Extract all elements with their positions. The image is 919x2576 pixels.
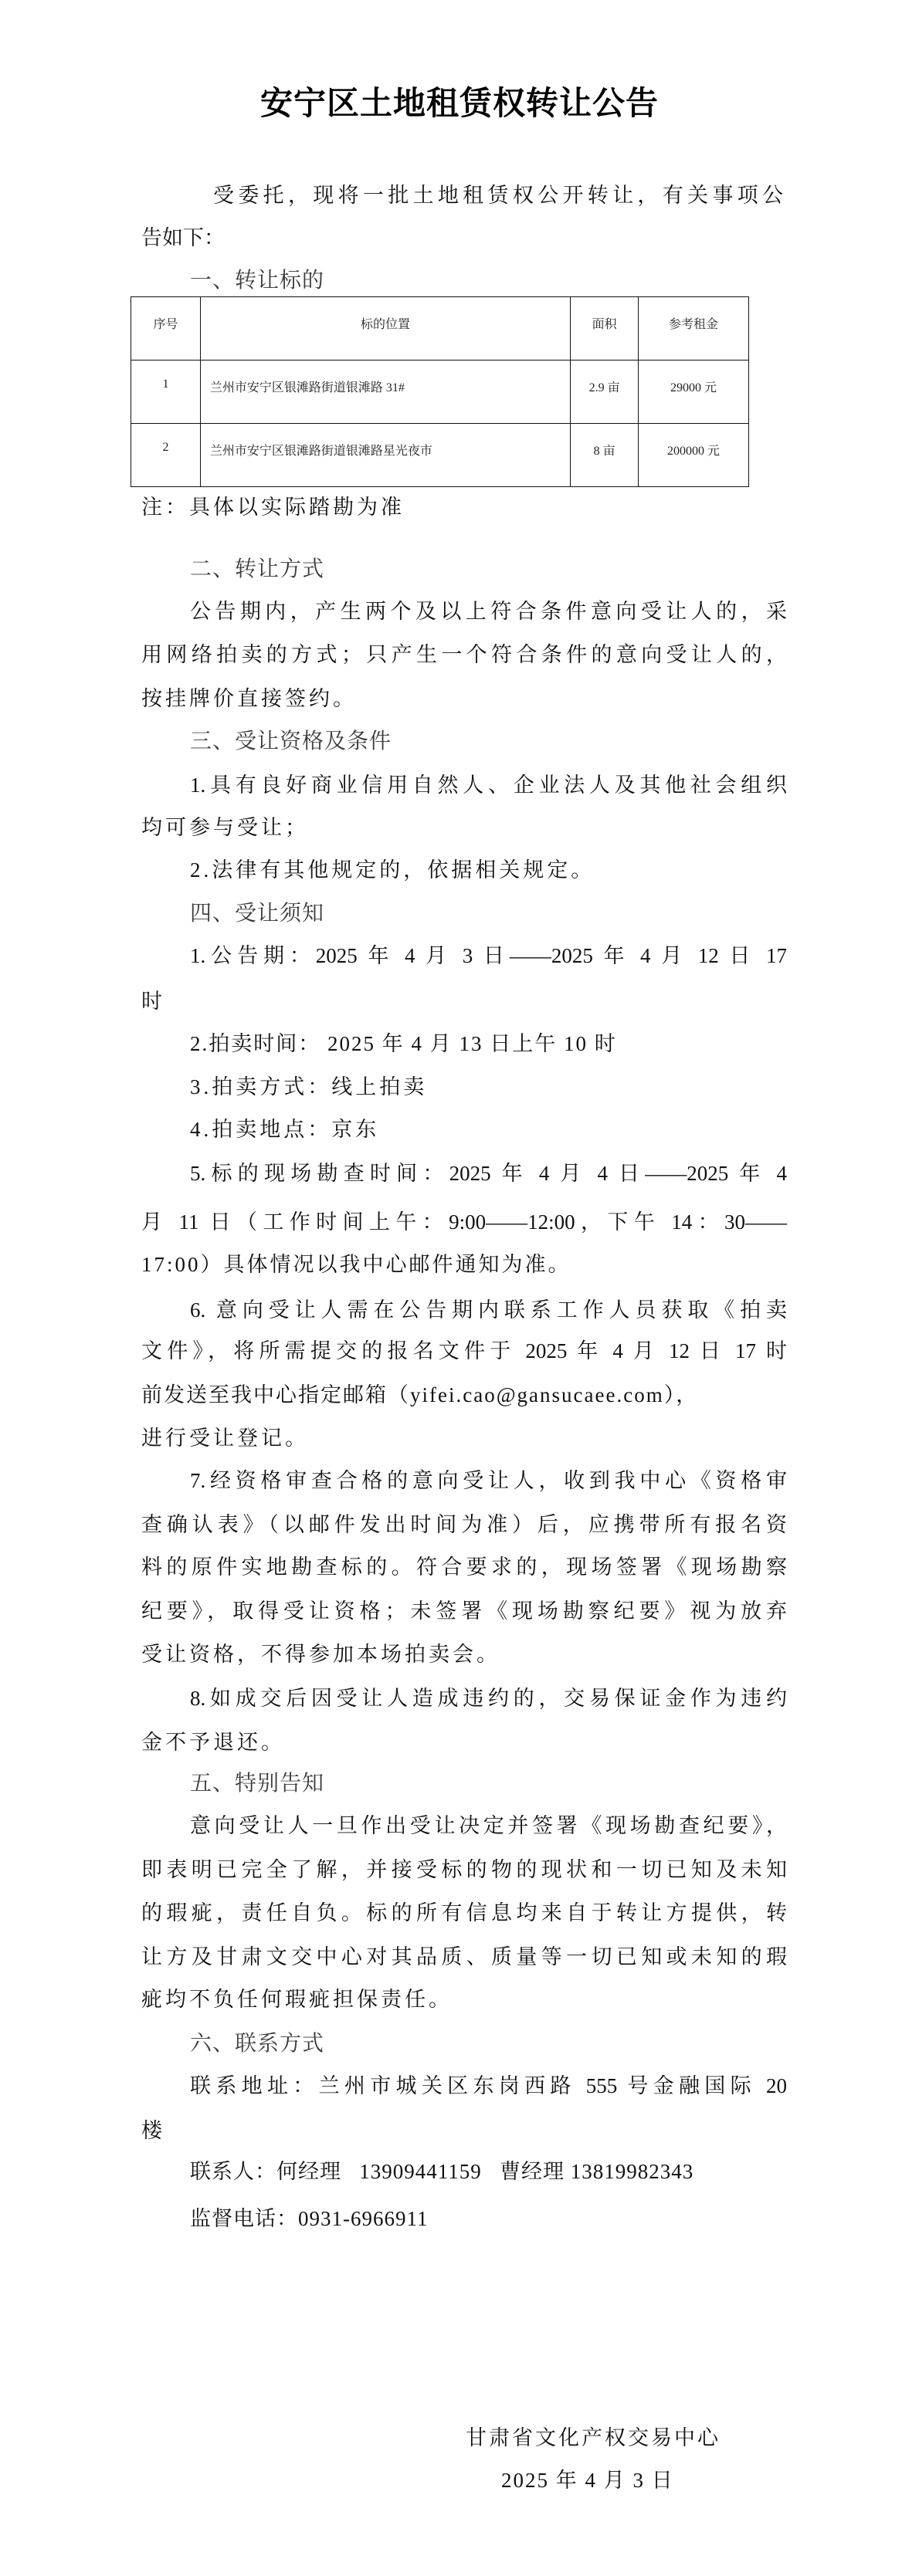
section-heading-2: 二、转让方式 — [190, 553, 324, 584]
s4-item-7-line-4: 纪要》，取得受让资格；未签署《现场勘察纪要》视为放弃 — [141, 1596, 787, 1627]
announcement-document: 安宁区土地租赁权转让公告 受委托，现将一批土地租赁权公开转让，有关事项公 告如下… — [0, 0, 919, 2576]
section-heading-1: 一、转让标的 — [190, 265, 324, 296]
contact-persons: 联系人：何经理 13909441159 曹经理 13819982343 — [190, 2156, 693, 2187]
contact-address: 联系地址：兰州市城关区东岗西路 555 号金融国际 20 — [190, 2070, 787, 2101]
header-cell-area: 面积 — [571, 297, 639, 361]
s4-item-1-line-2: 时 — [141, 986, 162, 1017]
cell-rent: 200000 元 — [639, 424, 749, 487]
intro-line-1: 受委托，现将一批土地租赁权公开转让，有关事项公 — [213, 180, 783, 211]
cell-rent: 29000 元 — [639, 361, 749, 424]
s4-item-6-line-3: 前发送至我中心指定邮箱（yifei.cao@gansucaee.com）， — [141, 1379, 698, 1410]
s4-item-7-line-5: 受让资格，不得参加本场拍卖会。 — [141, 1639, 500, 1670]
s4-item-6-line-1: 6. 意向受让人需在公告期内联系工作人员获取《拍卖 — [190, 1295, 787, 1325]
s2-line-2: 用网络拍卖的方式；只产生一个符合条件的意向受让人的， — [141, 639, 787, 670]
s4-item-5-line-2: 月 11 日（工作时间上午：9:00——12:00，下午 14：30—— — [141, 1207, 787, 1237]
signature-org: 甘肃省文化产权交易中心 — [466, 2422, 721, 2453]
header-cell-index: 序号 — [131, 297, 201, 361]
cell-index: 2 — [131, 424, 201, 487]
s4-item-6-line-2: 文件》，将所需提交的报名文件于 2025 年 4 月 12 日 17 时 — [141, 1335, 787, 1366]
table-header-row: 序号 标的位置 面积 参考租金 — [131, 297, 749, 361]
s4-item-5-line-3: 17:00）具体情况以我中心邮件通知为准。 — [141, 1249, 571, 1280]
cell-area: 2.9 亩 — [571, 361, 639, 424]
s2-line-3: 按挂牌价直接签约。 — [141, 683, 357, 714]
transfer-items-table: 序号 标的位置 面积 参考租金 1 兰州市安宁区银滩路街道银滩路 31# 2.9… — [131, 296, 749, 487]
table-row: 2 兰州市安宁区银滩路街道银滩路星光夜市 8 亩 200000 元 — [131, 424, 749, 487]
s3-item-1-line-2: 均可参与受让； — [141, 812, 309, 843]
cell-location: 兰州市安宁区银滩路街道银滩路星光夜市 — [200, 424, 570, 487]
supervision-phone: 监督电话：0931-6966911 — [190, 2203, 429, 2234]
cell-area: 8 亩 — [571, 424, 639, 487]
s5-line-5: 疵均不负任何瑕疵担保责任。 — [141, 1984, 453, 2015]
s3-item-2: 2.法律有其他规定的，依据相关规定。 — [190, 855, 595, 885]
s4-item-8-line-2: 金不予退还。 — [141, 1727, 285, 1758]
header-cell-location: 标的位置 — [200, 297, 570, 361]
section-heading-5: 五、特别告知 — [190, 1768, 324, 1799]
signature-date: 2025 年 4 月 3 日 — [501, 2465, 674, 2496]
table-row: 1 兰州市安宁区银滩路街道银滩路 31# 2.9 亩 29000 元 — [131, 361, 749, 424]
page-title: 安宁区土地租赁权转让公告 — [232, 83, 687, 124]
cell-location: 兰州市安宁区银滩路街道银滩路 31# — [200, 361, 570, 424]
cell-index: 1 — [131, 361, 201, 424]
table-note: 注：具体以实际踏勘为准 — [141, 492, 405, 523]
s5-line-4: 让方及甘肃文交中心对其品质、质量等一切已知或未知的瑕 — [141, 1941, 787, 1972]
intro-line-2: 告如下： — [141, 222, 225, 253]
s4-item-7-line-2: 查确认表》（以邮件发出时间为准）后，应携带所有报名资 — [141, 1509, 787, 1540]
section-heading-6: 六、联系方式 — [190, 2028, 324, 2059]
s2-line-1: 公告期内，产生两个及以上符合条件意向受让人的，采 — [190, 596, 787, 627]
section-heading-4: 四、受让须知 — [190, 898, 324, 929]
header-cell-rent: 参考租金 — [639, 297, 749, 361]
section-heading-3: 三、受让资格及条件 — [190, 726, 392, 757]
s4-item-2: 2.拍卖时间： 2025 年 4 月 13 日上午 10 时 — [190, 1028, 617, 1059]
s4-item-4: 4.拍卖地点：京东 — [190, 1114, 379, 1145]
s4-item-7-line-1: 7.经资格审查合格的意向受让人，收到我中心《资格审 — [190, 1465, 787, 1496]
s4-item-5-line-1: 5.标的现场勘查时间：2025 年 4 月 4 日——2025 年 4 — [190, 1158, 787, 1189]
contact-address-cont: 楼 — [141, 2115, 162, 2146]
s5-line-1: 意向受让人一旦作出受让决定并签署《现场勘查纪要》， — [190, 1810, 787, 1841]
s4-item-1-line-1: 1.公告期：2025 年 4 月 3 日——2025 年 4 月 12 日 17 — [190, 940, 787, 971]
s5-line-2: 即表明已完全了解，并接受标的物的现状和一切已知及未知 — [141, 1854, 787, 1885]
s3-item-1-line-1: 1.具有良好商业信用自然人、企业法人及其他社会组织 — [190, 770, 787, 801]
s5-line-3: 的瑕疵，责任自负。标的所有信息均来自于转让方提供，转 — [141, 1897, 787, 1928]
s4-item-3: 3.拍卖方式：线上拍卖 — [190, 1071, 427, 1102]
s4-item-7-line-3: 料的原件实地勘查标的。符合要求的，现场签署《现场勘察 — [141, 1552, 787, 1582]
s4-item-8-line-1: 8.如成交后因受让人造成违约的，交易保证金作为违约 — [190, 1683, 787, 1714]
s4-item-6-line-4: 进行受让登记。 — [141, 1423, 309, 1454]
